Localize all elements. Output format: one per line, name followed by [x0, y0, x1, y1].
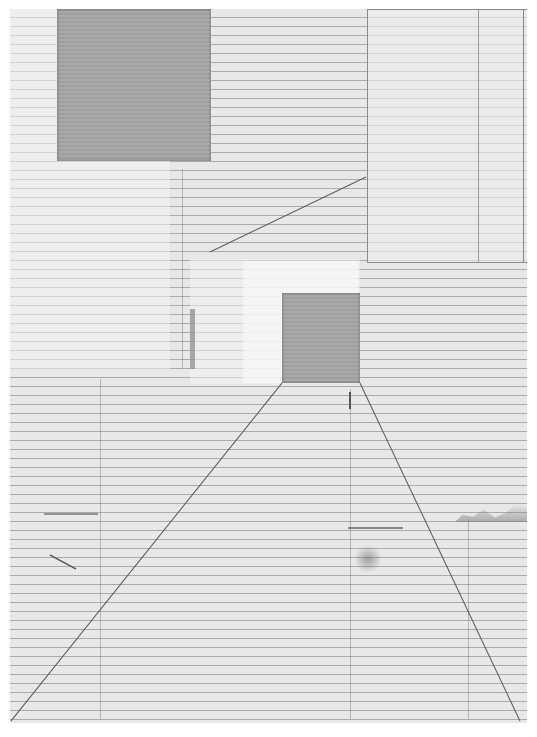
short-diagonal-mark — [50, 555, 76, 569]
artwork-canvas — [10, 9, 527, 723]
drawn-lines — [10, 9, 527, 723]
perspective-line-right — [360, 383, 520, 721]
artist-signature — [276, 702, 346, 714]
diagonal-line-upper — [210, 177, 366, 252]
perspective-line-left — [11, 383, 282, 721]
